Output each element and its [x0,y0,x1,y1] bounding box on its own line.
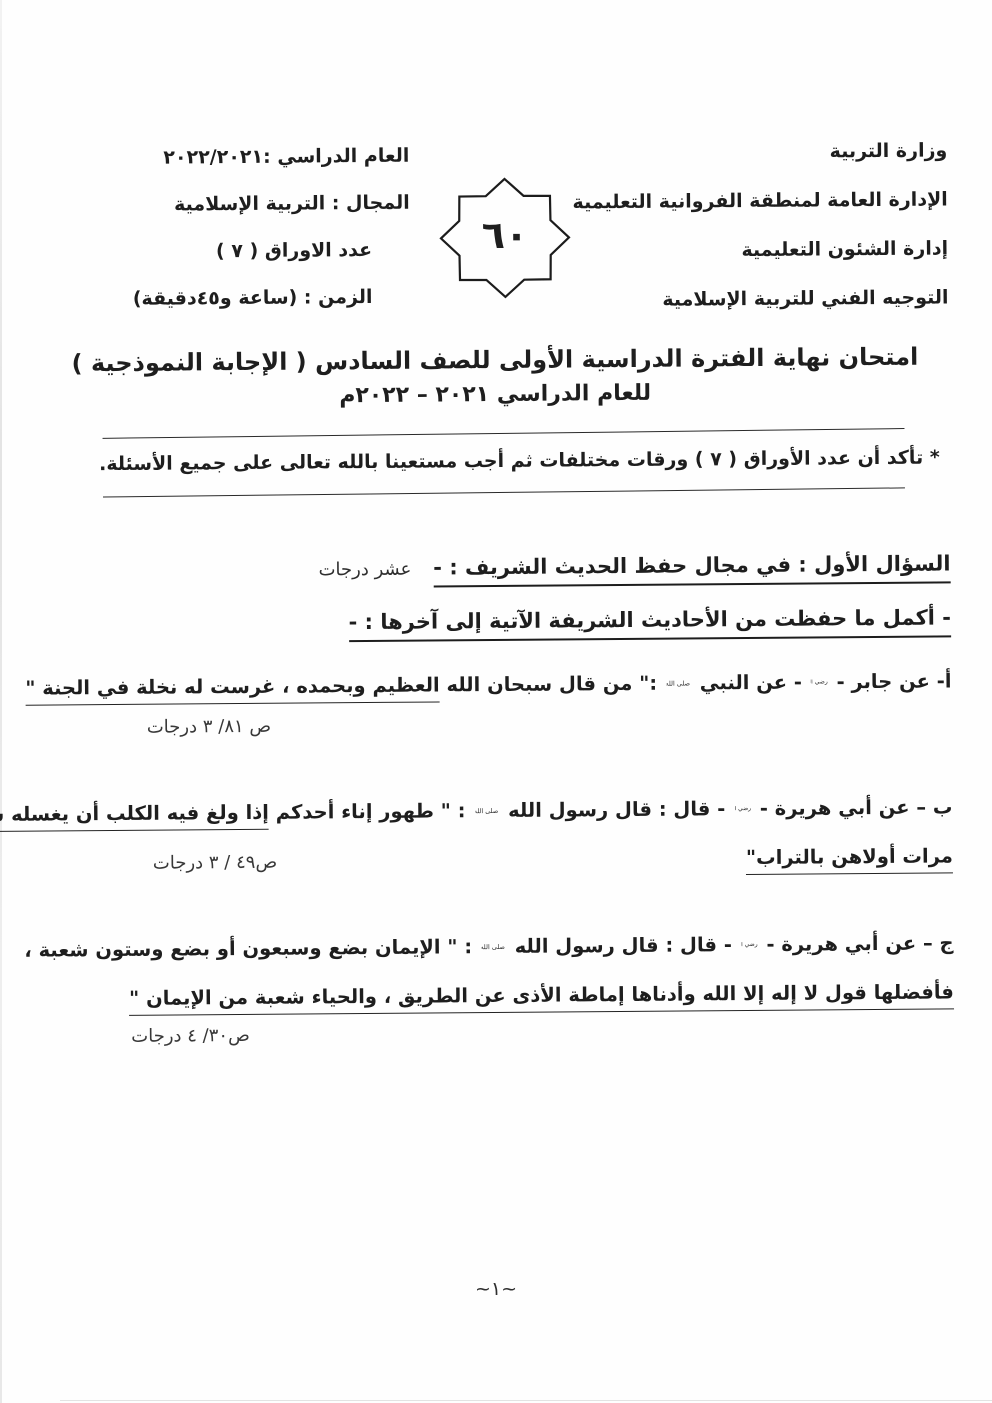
seal-total-marks: ٦٠ [437,175,572,300]
ministry-line-3: إدارة الشئون التعليمية [573,224,949,276]
question1-total-marks: عشر درجات [318,559,411,581]
ministry-line-4: التوجيه الفني للتربية الإسلامية [573,273,949,325]
hadith-b-marks: ص٤٩ / ٣ درجات [153,852,277,874]
hadith-c-given-text: : " الإيمان بضع وسبعون أو بضع وستون شعبة… [24,935,472,962]
hadith-b-narrator: ب – عن أبي هريرة - [760,795,953,820]
hadith-c-narrator-2: - قال : قال رسول الله [515,933,732,958]
hadith-b-answer-part2: مرات أولاهن بالتراب" [746,844,953,875]
hadith-a-narrator-2: - عن النبي [700,671,802,695]
hadith-b-given-text: : " طهور إناء أحدكم [276,799,466,823]
pbuh-symbol: صلى الله عليه وسلم [475,808,498,815]
info-duration: الزمن : (ساعة و٤٥دقيقة) [78,274,410,324]
hadith-c-line2: فأفضلها قول لا إله إلا الله وأدناها إماط… [59,980,954,1010]
hadith-a-marks: ص ٨١/ ٣ درجات [147,716,271,738]
exam-content: * تأكد أن عدد الأوراق ( ٧ ) ورقات مختلفا… [0,429,992,1048]
hadith-c-answer: فأفضلها قول لا إله إلا الله وأدناها إماط… [129,980,954,1015]
question1-instruction: - أكمل ما حفظت من الأحاديث الشريفة الآتي… [348,605,951,642]
pbuh-symbol: صلى الله عليه وسلم [667,680,690,687]
hadith-c-marks-line: ص٣٠/ ٤ درجات [59,1019,954,1047]
divider-rule-top [103,428,905,439]
hadith-b-line1: ب – عن أبي هريرة - رضي الله عنه - قال : … [57,795,952,825]
question1-heading: السؤال الأول : في مجال حفظ الحديث الشريف… [433,551,951,587]
scanned-exam-page: وزارة التربية الإدارة العامة لمنطقة الفر… [0,0,992,1403]
exam-info-block: العام الدراسي :٢٠٢٢/٢٠٢١ المجال : التربي… [77,133,410,324]
ministry-line-2: الإدارة العامة لمنطقة الفروانية التعليمي… [572,175,948,227]
hadith-a-line: أ- عن جابر - رضي الله عنه - عن النبي صلى… [56,669,951,699]
exam-title-line2: للعام الدراسي ٢٠٢١ – ٢٠٢٢م [0,378,991,411]
hadith-c-line1: ج – عن أبي هريرة - رضي الله عنه - قال : … [58,931,953,961]
grade-seal: ٦٠ [437,175,572,300]
pbuh-symbol: صلى الله عليه وسلم [482,944,505,951]
scan-bottom-edge [60,1400,992,1401]
hadith-b-narrator-2: - قال : قال رسول الله [508,797,725,822]
hadith-a-answer: العظيم وبحمده ، غرست له نخلة في الجنة " [25,673,440,705]
info-academic-year: العام الدراسي :٢٠٢٢/٢٠٢١ [77,133,409,183]
radi-allahu-anhu-symbol: رضي الله عنه [811,680,828,686]
radi-allahu-anhu-symbol: رضي الله عنه [734,806,751,812]
hadith-c-narrator: ج – عن أبي هريرة - [766,931,953,955]
info-subject: المجال : التربية الإسلامية [78,180,410,230]
hadith-b-answer-part1: إذا ولغ فيه الكلب أن يغسله سبع [0,801,269,832]
hadith-a-given-text: :" من قال سبحان الله [446,672,657,697]
hadith-a-marks-line: ص ٨١/ ٣ درجات [57,710,952,738]
info-pages-count: عدد الاوراق ( ٧ ) [78,227,410,277]
question1-instruction-row: - أكمل ما حفظت من الأحاديث الشريفة الآتي… [56,605,951,636]
notice-text: * تأكد أن عدد الأوراق ( ٧ ) ورقات مختلفا… [55,447,940,476]
divider-rule-bottom [103,487,905,497]
exam-title: امتحان نهاية الفترة الدراسية الأولى للصف… [0,342,991,411]
hadith-a-narrator: أ- عن جابر - [836,669,951,693]
exam-header: وزارة التربية الإدارة العامة لمنطقة الفر… [0,126,991,326]
question1-heading-row: السؤال الأول : في مجال حفظ الحديث الشريف… [55,551,950,582]
ministry-line-1: وزارة التربية [572,126,948,178]
hadith-b-line2-row: مرات أولاهن بالتراب" ص٤٩ / ٣ درجات [58,844,953,880]
document-body: وزارة التربية الإدارة العامة لمنطقة الفر… [0,126,992,1048]
hadith-c-marks: ص٣٠/ ٤ درجات [131,1025,250,1047]
page-number: ~١~ [0,1278,992,1300]
exam-title-line1: امتحان نهاية الفترة الدراسية الأولى للصف… [0,342,991,378]
ministry-block: وزارة التربية الإدارة العامة لمنطقة الفر… [572,126,949,325]
radi-allahu-anhu-symbol: رضي الله عنه [741,942,758,948]
